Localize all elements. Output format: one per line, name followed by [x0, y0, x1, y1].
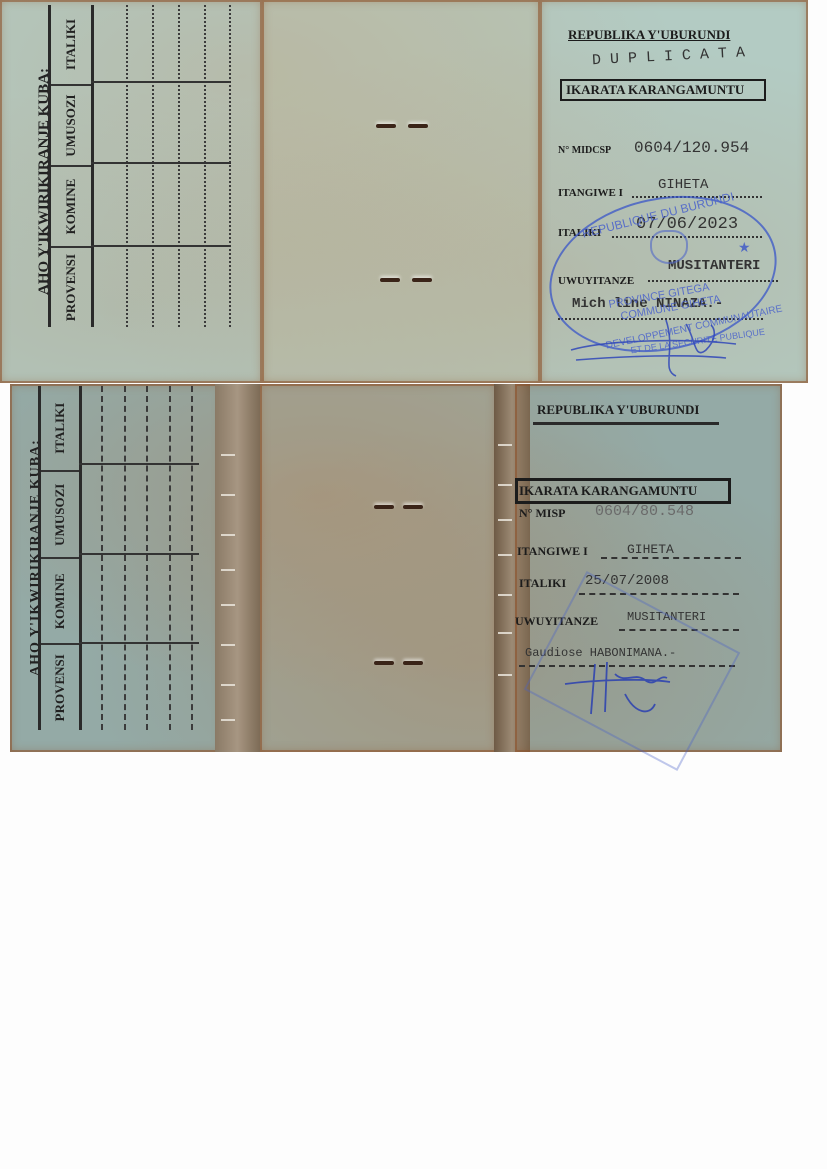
signature: [566, 310, 746, 380]
binding-spine: [215, 384, 260, 752]
card-number: 0604/120.954: [634, 139, 749, 157]
residence-table-rows: [79, 386, 199, 730]
number-label: N° MIDCSP: [558, 145, 611, 156]
staple-slot: [380, 278, 400, 282]
residence-history-panel: AHO Y'IKWIRIKIRANJE KUBA: PROVENSI KOMIN…: [0, 0, 262, 383]
issued-at-label: ITANGIWE I: [558, 187, 623, 199]
dotted-line: [601, 557, 741, 559]
col-umusozi: UMUSOZI: [41, 471, 79, 558]
col-komine: KOMINE: [41, 557, 79, 644]
card-name: IKARATA KARANGAMUNTU: [519, 483, 697, 499]
col-umusozi: UMUSOZI: [51, 84, 91, 165]
staple-slot: [376, 124, 396, 128]
republic-heading: REPUBLIKA Y'UBURUNDI: [537, 402, 699, 418]
coat-of-arms-icon: [650, 230, 688, 264]
star-icon: ★: [738, 240, 751, 257]
residence-history-panel: AHO Y'IKWIRIKIRANJE KUBA: PROVENSI KOMIN…: [10, 384, 222, 752]
staple-slot: [412, 278, 432, 282]
residence-table-header: PROVENSI KOMINE UMUSOZI ITALIKI: [38, 386, 82, 730]
date-label: ITALIKI: [519, 576, 566, 591]
republic-heading: REPUBLIKA Y'UBURUNDI: [568, 27, 730, 43]
id-card-original-2008: AHO Y'IKWIRIKIRANJE KUBA: PROVENSI KOMIN…: [10, 384, 782, 752]
id-card-front-panel: REPUBLIKA Y'UBURUNDI DUPLICATA IKARATA K…: [540, 0, 808, 383]
signature: [555, 654, 685, 724]
staple-slot: [374, 505, 394, 509]
col-komine: KOMINE: [51, 165, 91, 246]
number-label: N° MISP: [519, 506, 565, 521]
residence-table-header: PROVENSI KOMINE UMUSOZI ITALIKI: [48, 5, 94, 327]
blank-inner-page: [262, 0, 540, 383]
id-card-duplicate-2023: AHO Y'IKWIRIKIRANJE KUBA: PROVENSI KOMIN…: [0, 0, 808, 383]
heading-underline: [533, 422, 719, 425]
col-italiki: ITALIKI: [51, 5, 91, 84]
staple-slot: [374, 661, 394, 665]
card-number: 0604/80.548: [595, 503, 694, 520]
residence-table-rows: [91, 5, 231, 327]
col-provensi: PROVENSI: [51, 246, 91, 327]
blank-inner-page: [260, 384, 496, 752]
issued-at-value: GIHETA: [627, 542, 674, 557]
staple-slot: [403, 505, 423, 509]
issued-at-label: ITANGIWE I: [517, 544, 588, 559]
col-provensi: PROVENSI: [41, 644, 79, 731]
staple-slot: [408, 124, 428, 128]
col-italiki: ITALIKI: [41, 386, 79, 471]
duplicate-mark: DUPLICATA: [592, 44, 755, 69]
id-card-front-panel: REPUBLIKA Y'UBURUNDI IKARATA KARANGAMUNT…: [515, 384, 782, 752]
staple-slot: [403, 661, 423, 665]
card-name: IKARATA KARANGAMUNTU: [566, 82, 744, 98]
issued-at-value: GIHETA: [658, 177, 708, 193]
